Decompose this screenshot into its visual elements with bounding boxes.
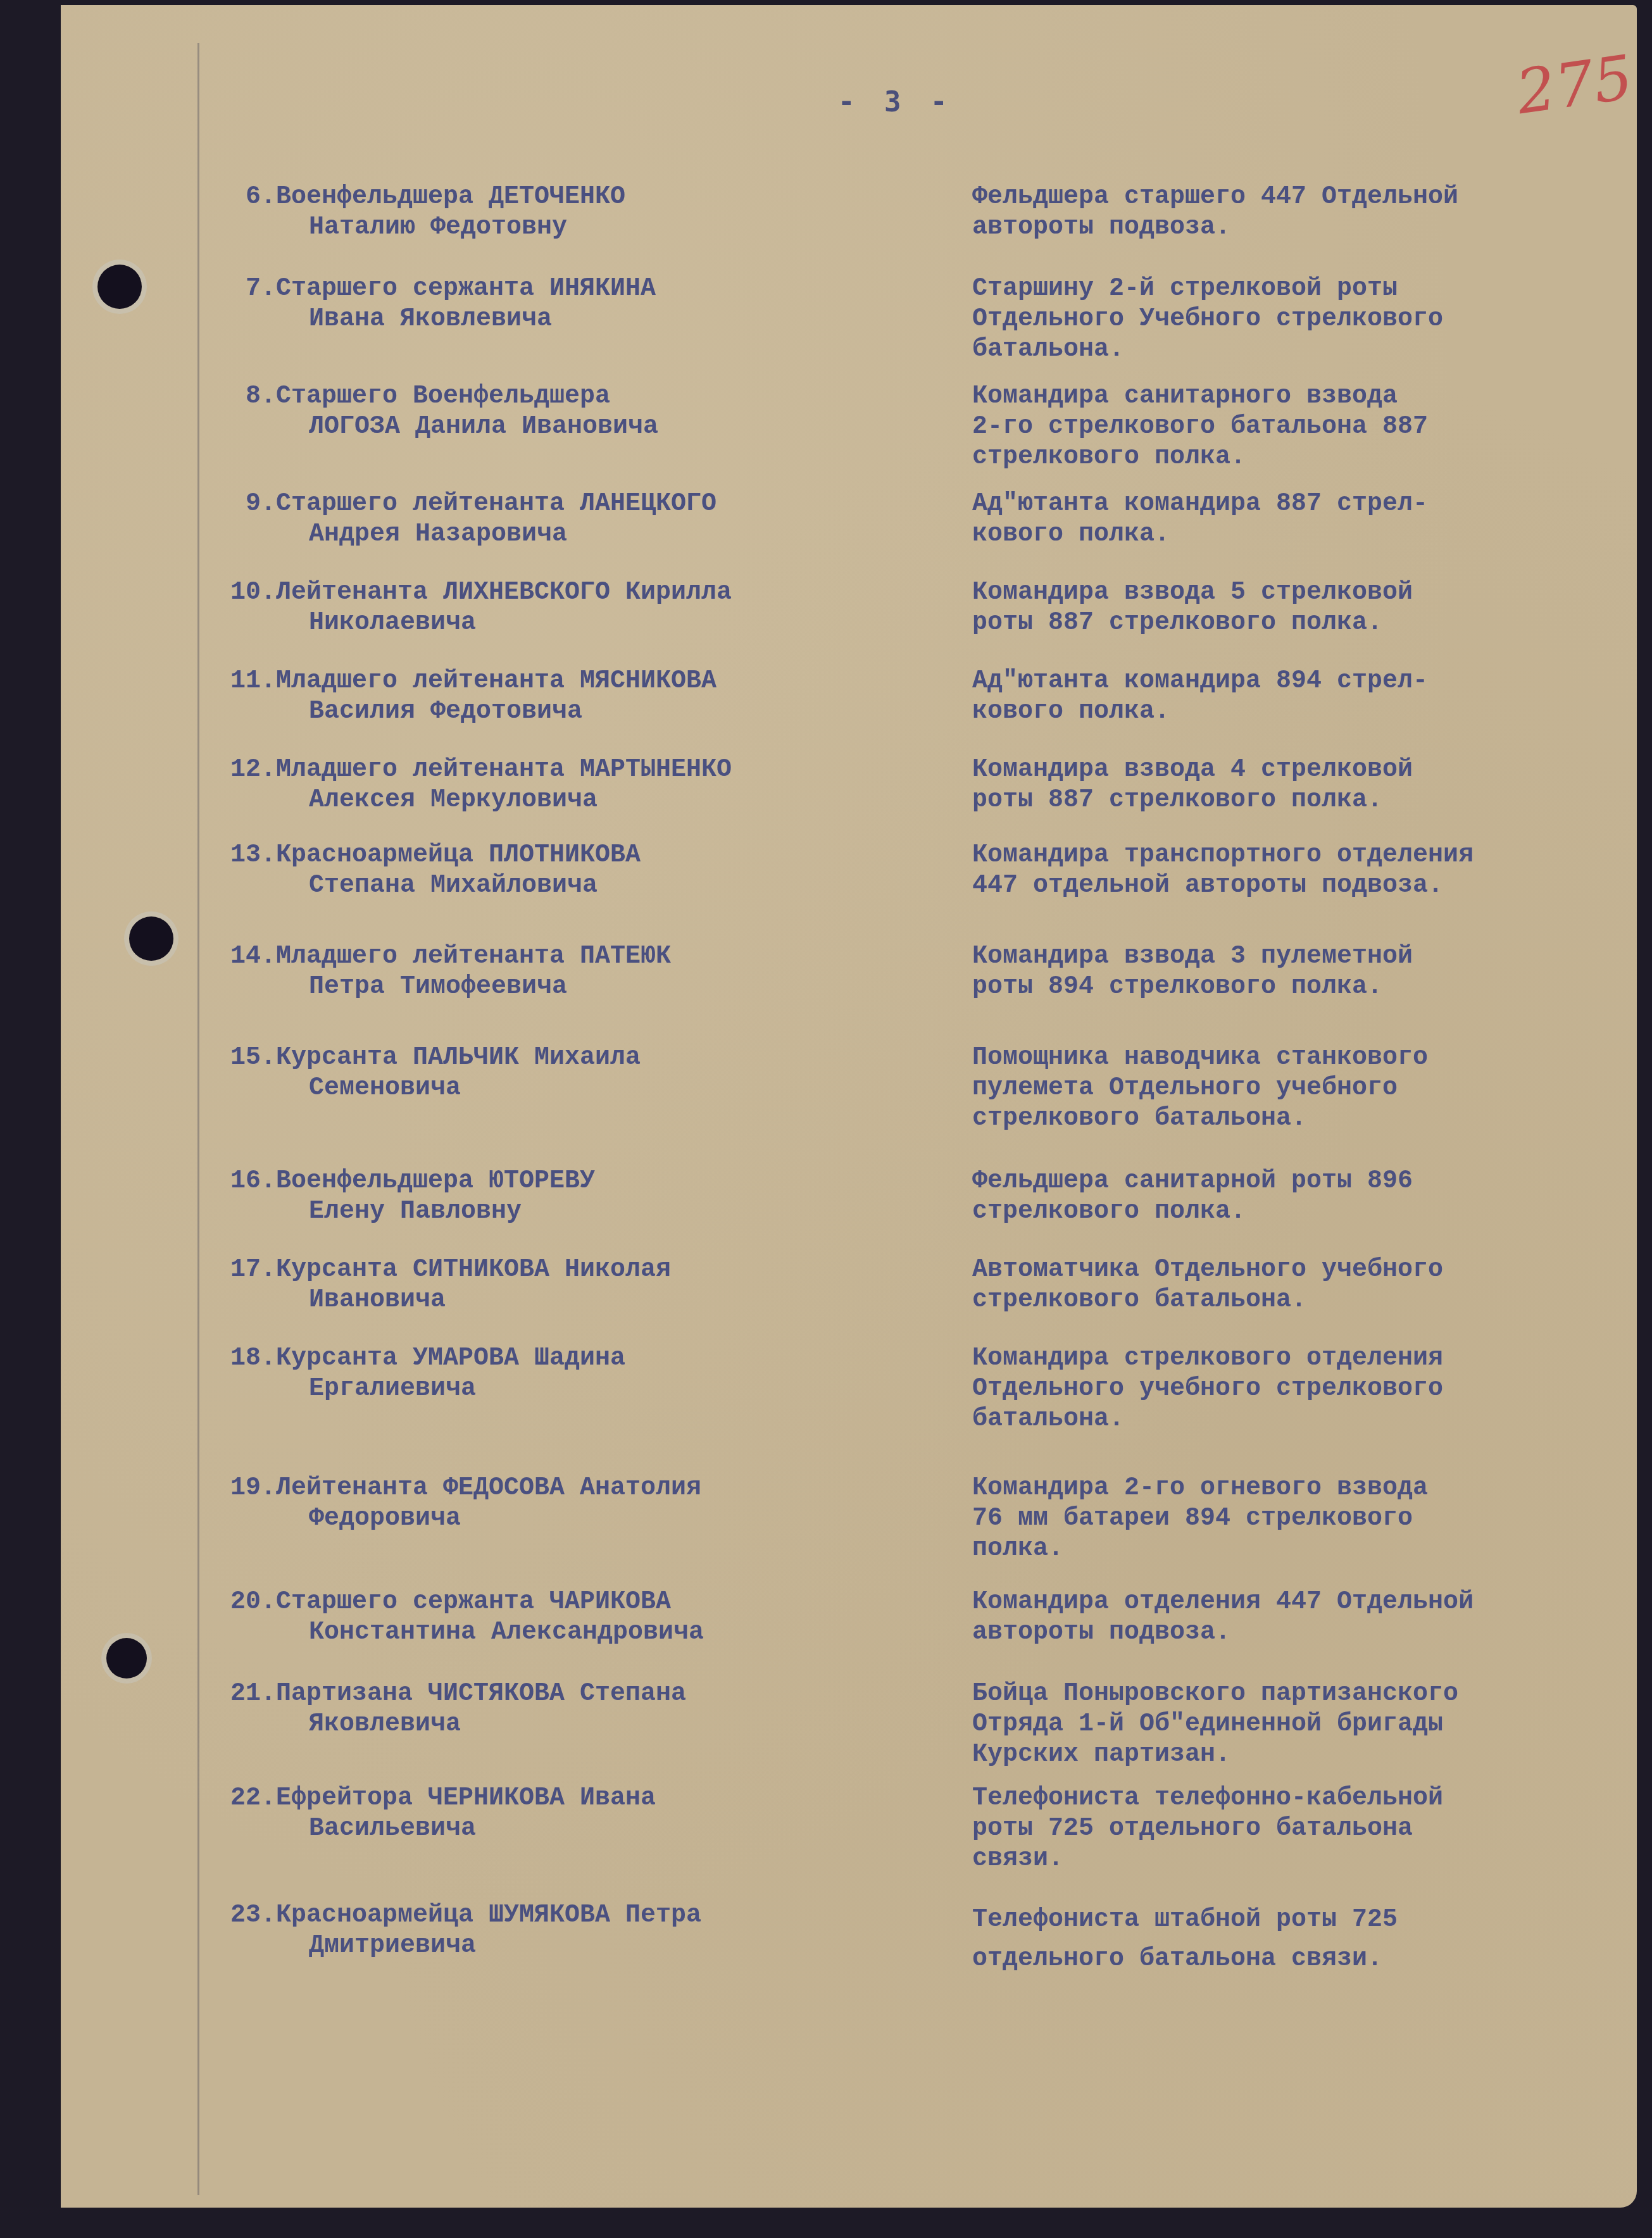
recipient-position: Командира транспортного отделения 447 от…	[972, 841, 1643, 901]
document-page: - 3 - 275 6.Военфельдшера ДЕТОЧЕНКО Ната…	[61, 5, 1637, 2208]
folio-number-handwritten: 275	[1512, 42, 1637, 128]
recipient-name-cont: Ергалиевича	[61, 1374, 934, 1404]
recipient: 14.Младшего лейтенанта ПАТЕЮК Петра Тимо…	[61, 942, 934, 1003]
recipient-name-cont: Константина Александровича	[61, 1618, 934, 1648]
entry-number: 19.	[61, 1473, 276, 1504]
recipient-rank-name: Младшего лейтенанта ПАТЕЮК	[276, 942, 671, 971]
entry-number: 20.	[61, 1587, 276, 1618]
recipient-name-cont: Ивановича	[61, 1285, 934, 1316]
recipient-position: Командира взвода 4 стрелковой роты 887 с…	[972, 755, 1643, 816]
entry-number: 16.	[61, 1166, 276, 1197]
entry-number: 17.	[61, 1255, 276, 1285]
recipient-position: Бойца Поныровского партизанского Отряда …	[972, 1679, 1643, 1770]
entry-number: 10.	[61, 578, 276, 608]
recipient-rank-name: Военфельдшера ДЕТОЧЕНКО	[276, 183, 625, 211]
entry-number: 13.	[61, 841, 276, 871]
recipient: 9.Старшего лейтенанта ЛАНЕЦКОГО Андрея Н…	[61, 489, 934, 550]
recipient: 20.Старшего сержанта ЧАРИКОВА Константин…	[61, 1587, 934, 1648]
entry-number: 14.	[61, 942, 276, 972]
recipient: 10.Лейтенанта ЛИХНЕВСКОГО Кирилла Никола…	[61, 578, 934, 639]
recipient-position: Командира 2-го огневого взвода 76 мм бат…	[972, 1473, 1643, 1565]
recipient-rank-name: Курсанта СИТНИКОВА Николая	[276, 1256, 671, 1284]
recipient: 21.Партизана ЧИСТЯКОВА Степана Яковлевич…	[61, 1679, 934, 1740]
recipient-position: Командира взвода 5 стрелковой роты 887 с…	[972, 578, 1643, 639]
page-number: - 3 -	[838, 86, 953, 118]
entry-number: 12.	[61, 755, 276, 785]
recipient-name-cont: Ивана Яковлевича	[61, 304, 934, 335]
recipient-name-cont: Алексея Меркуловича	[61, 785, 934, 816]
recipient: 16.Военфельдшера ЮТОРЕВУ Елену Павловну	[61, 1166, 934, 1227]
recipient-rank-name: Партизана ЧИСТЯКОВА Степана	[276, 1680, 686, 1708]
recipient-position: Фельдшера старшего 447 Отдельной авторот…	[972, 182, 1643, 243]
recipient-position: Автоматчика Отдельного учебного стрелков…	[972, 1255, 1643, 1316]
recipient-rank-name: Курсанта УМАРОВА Шадина	[276, 1344, 625, 1373]
recipient-position: Помощника наводчика станкового пулемета …	[972, 1043, 1643, 1134]
recipient: 7.Старшего сержанта ИНЯКИНА Ивана Яковле…	[61, 274, 934, 335]
recipient-name-cont: Елену Павловну	[61, 1197, 934, 1227]
recipient-name-cont: Петра Тимофеевича	[61, 972, 934, 1003]
recipient-name-cont: Семеновича	[61, 1073, 934, 1104]
recipient-rank-name: Младшего лейтенанта МЯСНИКОВА	[276, 667, 716, 696]
entry-number: 6.	[61, 182, 276, 213]
recipient: 6.Военфельдшера ДЕТОЧЕНКО Наталию Федото…	[61, 182, 934, 243]
recipient-rank-name: Лейтенанта ФЕДОСОВА Анатолия	[276, 1474, 701, 1503]
entry-number: 9.	[61, 489, 276, 520]
recipient-name-cont: Васильевича	[61, 1814, 934, 1844]
recipient-position: Ад"ютанта командира 894 стрел- кового по…	[972, 666, 1643, 727]
recipient: 19.Лейтенанта ФЕДОСОВА Анатолия Федорови…	[61, 1473, 934, 1534]
recipient-position: Командира санитарного взвода 2-го стрелк…	[972, 382, 1643, 473]
recipient-rank-name: Ефрейтора ЧЕРНИКОВА Ивана	[276, 1784, 656, 1813]
recipient-position: Командира стрелкового отделения Отдельно…	[972, 1344, 1643, 1435]
entry-number: 7.	[61, 274, 276, 304]
recipient: 18.Курсанта УМАРОВА Шадина Ергалиевича	[61, 1344, 934, 1404]
recipient-rank-name: Старшего сержанта ИНЯКИНА	[276, 275, 656, 303]
recipient-rank-name: Младшего лейтенанта МАРТЫНЕНКО	[276, 756, 732, 784]
margin-rule	[197, 43, 199, 2195]
recipient-position: Старшину 2-й стрелковой роты Отдельного …	[972, 274, 1643, 365]
recipient-rank-name: Красноармейца ПЛОТНИКОВА	[276, 841, 641, 870]
recipient-name-cont: ЛОГОЗА Данила Ивановича	[61, 412, 934, 442]
recipient: 8.Старшего Военфельдшера ЛОГОЗА Данила И…	[61, 382, 934, 442]
recipient-rank-name: Красноармейца ШУМЯКОВА Петра	[276, 1901, 701, 1930]
recipient: 23.Красноармейца ШУМЯКОВА Петра Дмитриев…	[61, 1901, 934, 1961]
recipient-name-cont: Николаевича	[61, 608, 934, 639]
recipient-position: Телефониста телефонно-кабельной роты 725…	[972, 1784, 1643, 1875]
entry-number: 15.	[61, 1043, 276, 1073]
recipient-position: Фельдшера санитарной роты 896 стрелковог…	[972, 1166, 1643, 1227]
recipient-name-cont: Яковлевича	[61, 1710, 934, 1740]
recipient: 15.Курсанта ПАЛЬЧИК Михаила Семеновича	[61, 1043, 934, 1104]
recipient-position: Командира взвода 3 пулеметной роты 894 с…	[972, 942, 1643, 1003]
recipient-rank-name: Старшего Военфельдшера	[276, 382, 610, 411]
entry-number: 8.	[61, 382, 276, 412]
recipient: 17.Курсанта СИТНИКОВА Николая Ивановича	[61, 1255, 934, 1316]
recipient-rank-name: Военфельдшера ЮТОРЕВУ	[276, 1167, 595, 1196]
recipient-rank-name: Старшего лейтенанта ЛАНЕЦКОГО	[276, 490, 716, 518]
recipient-name-cont: Дмитриевича	[61, 1931, 934, 1961]
entry-number: 23.	[61, 1901, 276, 1931]
recipient-position: Ад"ютанта командира 887 стрел- кового по…	[972, 489, 1643, 550]
recipient-position: Командира отделения 447 Отдельной авторо…	[972, 1587, 1643, 1648]
entry-number: 11.	[61, 666, 276, 697]
recipient: 12.Младшего лейтенанта МАРТЫНЕНКО Алексе…	[61, 755, 934, 816]
recipient-name-cont: Федоровича	[61, 1504, 934, 1534]
recipient-rank-name: Лейтенанта ЛИХНЕВСКОГО Кирилла	[276, 578, 732, 607]
recipient-name-cont: Степана Михайловича	[61, 871, 934, 901]
entry-number: 21.	[61, 1679, 276, 1710]
recipient-rank-name: Старшего сержанта ЧАРИКОВА	[276, 1588, 671, 1616]
recipient: 11.Младшего лейтенанта МЯСНИКОВА Василия…	[61, 666, 934, 727]
entry-number: 22.	[61, 1784, 276, 1814]
recipient: 22.Ефрейтора ЧЕРНИКОВА Ивана Васильевича	[61, 1784, 934, 1844]
recipient-rank-name: Курсанта ПАЛЬЧИК Михаила	[276, 1044, 641, 1072]
entry-number: 18.	[61, 1344, 276, 1374]
recipient-name-cont: Андрея Назаровича	[61, 520, 934, 550]
recipient-name-cont: Наталию Федотовну	[61, 213, 934, 243]
recipient: 13.Красноармейца ПЛОТНИКОВА Степана Миха…	[61, 841, 934, 901]
recipient-name-cont: Василия Федотовича	[61, 697, 934, 727]
recipient-position: Телефониста штабной роты 725 отдельного …	[972, 1901, 1643, 1979]
